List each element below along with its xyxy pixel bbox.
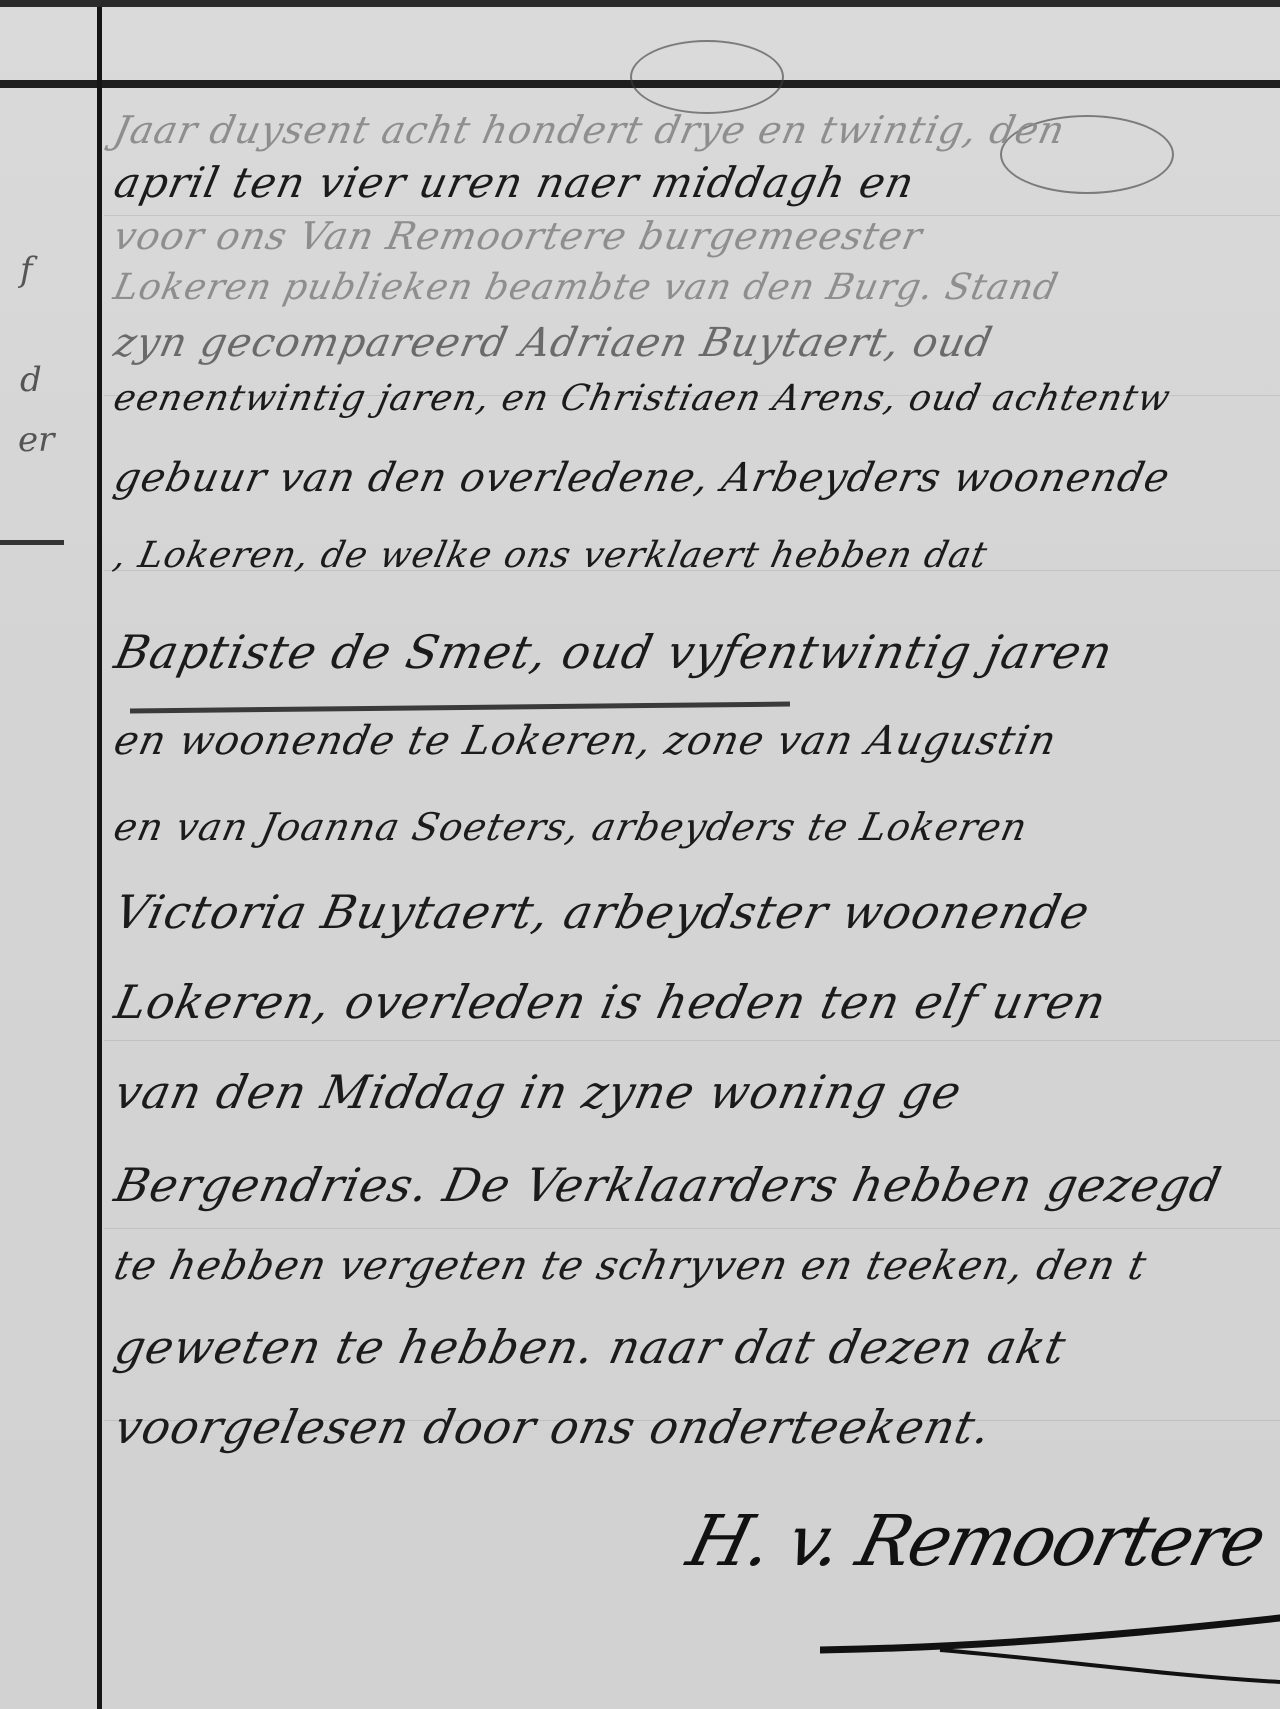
text-line-13: Lokeren, overleden is heden ten elf uren <box>110 975 1111 1029</box>
ruled-line <box>104 1228 1280 1229</box>
text-line-2: april ten vier uren naer middagh en <box>110 158 919 207</box>
registrar-signature: H. v. Remoortere <box>680 1500 1272 1582</box>
text-line-1: Jaar duysent acht hondert drye en twinti… <box>110 108 1069 152</box>
text-line-6: eenentwintig jaren, en Christiaen Arens,… <box>110 378 1174 419</box>
margin-note: d <box>20 360 42 400</box>
text-line-4: Lokeren publieken beambte van den Burg. … <box>110 267 1062 308</box>
margin-note: f <box>20 250 33 290</box>
text-line-8: , Lokeren, de welke ons verklaert hebben… <box>110 535 991 576</box>
text-line-16: te hebben vergeten te schryven en teeken… <box>110 1243 1151 1289</box>
top-dark-bar <box>0 0 1280 7</box>
text-line-5: zyn gecompareerd Adriaen Buytaert, oud <box>110 320 997 366</box>
signature-flourish <box>820 1610 1280 1690</box>
text-line-14: van den Middag in zyne woning ge <box>110 1065 967 1119</box>
text-line-17: geweten te hebben. naar dat dezen akt <box>110 1320 1071 1374</box>
text-line-3: voor ons Van Remoortere burgemeester <box>110 214 927 258</box>
ruled-line <box>104 1040 1280 1041</box>
margin-dash-mark <box>0 540 64 545</box>
text-line-18: voorgelesen door ons onderteekent. <box>110 1400 996 1454</box>
text-line-11: en van Joanna Soeters, arbeyders te Loke… <box>110 805 1032 849</box>
text-line-10: en woonende te Lokeren, zone van Augusti… <box>110 718 1061 764</box>
text-line-7: gebuur van den overledene, Arbeyders woo… <box>110 455 1174 501</box>
margin-note: er <box>18 420 54 460</box>
margin-vertical-rule <box>97 7 102 1709</box>
text-line-9-deceased-name: Baptiste de Smet, oud vyfentwintig jaren <box>110 625 1118 679</box>
text-line-12: Victoria Buytaert, arbeydster woonende <box>110 885 1095 939</box>
pen-flourish-loop <box>630 40 784 114</box>
text-line-15: Bergendries. De Verklaarders hebben geze… <box>110 1158 1226 1212</box>
